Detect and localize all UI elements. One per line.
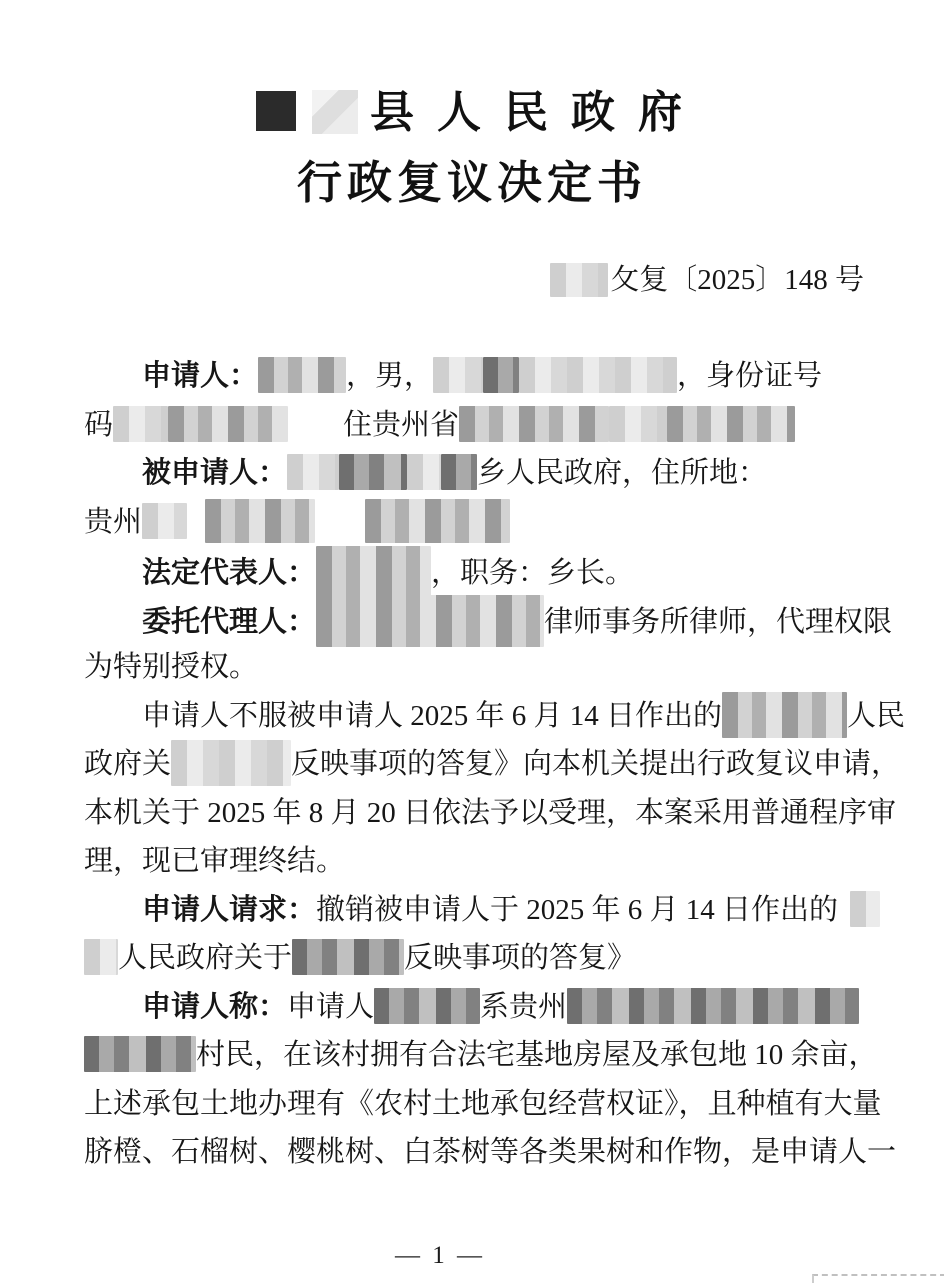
bold-label: 申请人称：	[142, 991, 287, 1023]
text-run: 反映事项的答复》向本机关提出行政复议申请，	[291, 748, 900, 780]
redaction-block	[550, 263, 608, 297]
document-line: 委托代理人：律师事务所律师，代理权限	[84, 595, 944, 644]
page-title: 县 人 民 政 府	[0, 76, 944, 140]
text-run: 撤销被申请人于 2025 年 6 月 14 日作出的	[316, 894, 838, 926]
redaction-block	[113, 406, 168, 442]
text-run: 上述承包土地办理有《农村土地承包经营权证》，且种植有大量	[84, 1088, 882, 1120]
title-government-text: 县 人 民 政 府	[370, 88, 688, 137]
redaction-block	[316, 546, 431, 598]
text-run: 本机关于 2025 年 8 月 20 日依法予以受理，本案采用普通程序审	[84, 797, 896, 829]
document-line: 申请人：，男，，身份证号	[84, 352, 944, 401]
document-line: 申请人不服被申请人 2025 年 6 月 14 日作出的人民	[84, 692, 944, 741]
redaction-block	[667, 406, 795, 442]
text-run: 理，现已审理终结。	[84, 845, 345, 877]
redaction-block	[316, 595, 544, 647]
text-run: 人民政府关于	[118, 942, 292, 974]
text-run: 反映事项的答复》	[404, 942, 636, 974]
text-run: 住贵州省	[343, 409, 459, 441]
redaction-block	[171, 740, 291, 786]
bold-label: 法定代表人：	[142, 557, 316, 589]
text-run: 申请人	[287, 991, 374, 1023]
page-number: — 1 —	[0, 1242, 944, 1270]
redaction-block	[258, 357, 346, 393]
document-line: 法定代表人：，职务：乡长。	[84, 546, 944, 595]
redaction-block	[84, 939, 118, 975]
document-line: 上述承包土地办理有《农村土地承包经营权证》，且种植有大量	[84, 1080, 944, 1129]
dashed-selection-corner	[812, 1274, 944, 1283]
text-run: 脐橙、石榴树、樱桃树、白茶树等各类果树和作物，是申请人一	[84, 1136, 896, 1168]
document-line: 为特别授权。	[84, 643, 944, 692]
text-run: 贵州	[84, 506, 142, 538]
redaction-block	[407, 454, 441, 490]
bold-label: 委托代理人：	[142, 606, 316, 638]
document-line: 申请人请求：撤销被申请人于 2025 年 6 月 14 日作出的	[84, 886, 944, 935]
document-line: 政府关反映事项的答复》向本机关提出行政复议申请，	[84, 740, 944, 789]
document-number: 攵复〔2025〕148 号	[0, 257, 944, 298]
document-line: 人民政府关于反映事项的答复》	[84, 934, 944, 983]
redaction-block	[168, 406, 288, 442]
text-run: 人民	[847, 700, 905, 732]
document-line: 贵州	[84, 498, 944, 547]
text-run: 政府关	[84, 748, 171, 780]
document-line: 村民，在该村拥有合法宅基地房屋及承包地 10 余亩，	[84, 1031, 944, 1080]
document-line: 本机关于 2025 年 8 月 20 日依法予以受理，本案采用普通程序审	[84, 789, 944, 838]
redaction-block	[339, 454, 407, 490]
redaction-block	[722, 692, 847, 738]
text-run: ，男，	[346, 360, 433, 392]
document-type-title: 行政复议决定书	[0, 146, 944, 211]
text-run: ，职务：乡长。	[431, 557, 634, 589]
redaction-block	[441, 454, 477, 490]
redaction-block	[567, 988, 859, 1024]
redaction-block	[365, 499, 510, 543]
text-run: 码	[84, 409, 113, 441]
redaction-block	[459, 406, 609, 442]
text-run: 系贵州	[480, 991, 567, 1023]
document-number-text: 攵复〔2025〕148 号	[610, 264, 864, 296]
document-body: 申请人：，男，，身份证号码住贵州省被申请人：乡人民政府，住所地：贵州法定代表人：…	[0, 352, 944, 1177]
redaction-block	[374, 988, 480, 1024]
document-line: 码住贵州省	[84, 401, 944, 450]
redaction-block	[312, 90, 358, 134]
text-run: 申请人不服被申请人 2025 年 6 月 14 日作出的	[142, 700, 722, 732]
redaction-block	[433, 357, 483, 393]
redaction-block	[850, 891, 880, 927]
bold-label: 申请人请求：	[142, 894, 316, 926]
redaction-block	[205, 499, 315, 543]
redaction-block	[287, 454, 339, 490]
text-run: 乡人民政府，住所地：	[477, 457, 767, 489]
redaction-block	[609, 406, 667, 442]
redaction-block	[142, 503, 187, 539]
bold-label: 申请人：	[142, 360, 258, 392]
text-run: 为特别授权。	[84, 651, 258, 683]
decision-document-page: 县 人 民 政 府 行政复议决定书 攵复〔2025〕148 号 申请人：，男，，…	[0, 0, 944, 1284]
text-run: 村民，在该村拥有合法宅基地房屋及承包地 10 余亩，	[196, 1039, 878, 1071]
redaction-block	[519, 357, 677, 393]
redaction-block	[84, 1036, 196, 1072]
document-line: 申请人称：申请人系贵州	[84, 983, 944, 1032]
redaction-block	[256, 91, 296, 131]
bold-label: 被申请人：	[142, 457, 287, 489]
document-line: 理，现已审理终结。	[84, 837, 944, 886]
document-line: 被申请人：乡人民政府，住所地：	[84, 449, 944, 498]
text-run: 律师事务所律师，代理权限	[544, 606, 892, 638]
document-line: 脐橙、石榴树、樱桃树、白茶树等各类果树和作物，是申请人一	[84, 1128, 944, 1177]
redaction-block	[292, 939, 404, 975]
text-run: ，身份证号	[677, 360, 822, 392]
redaction-block	[483, 357, 519, 393]
